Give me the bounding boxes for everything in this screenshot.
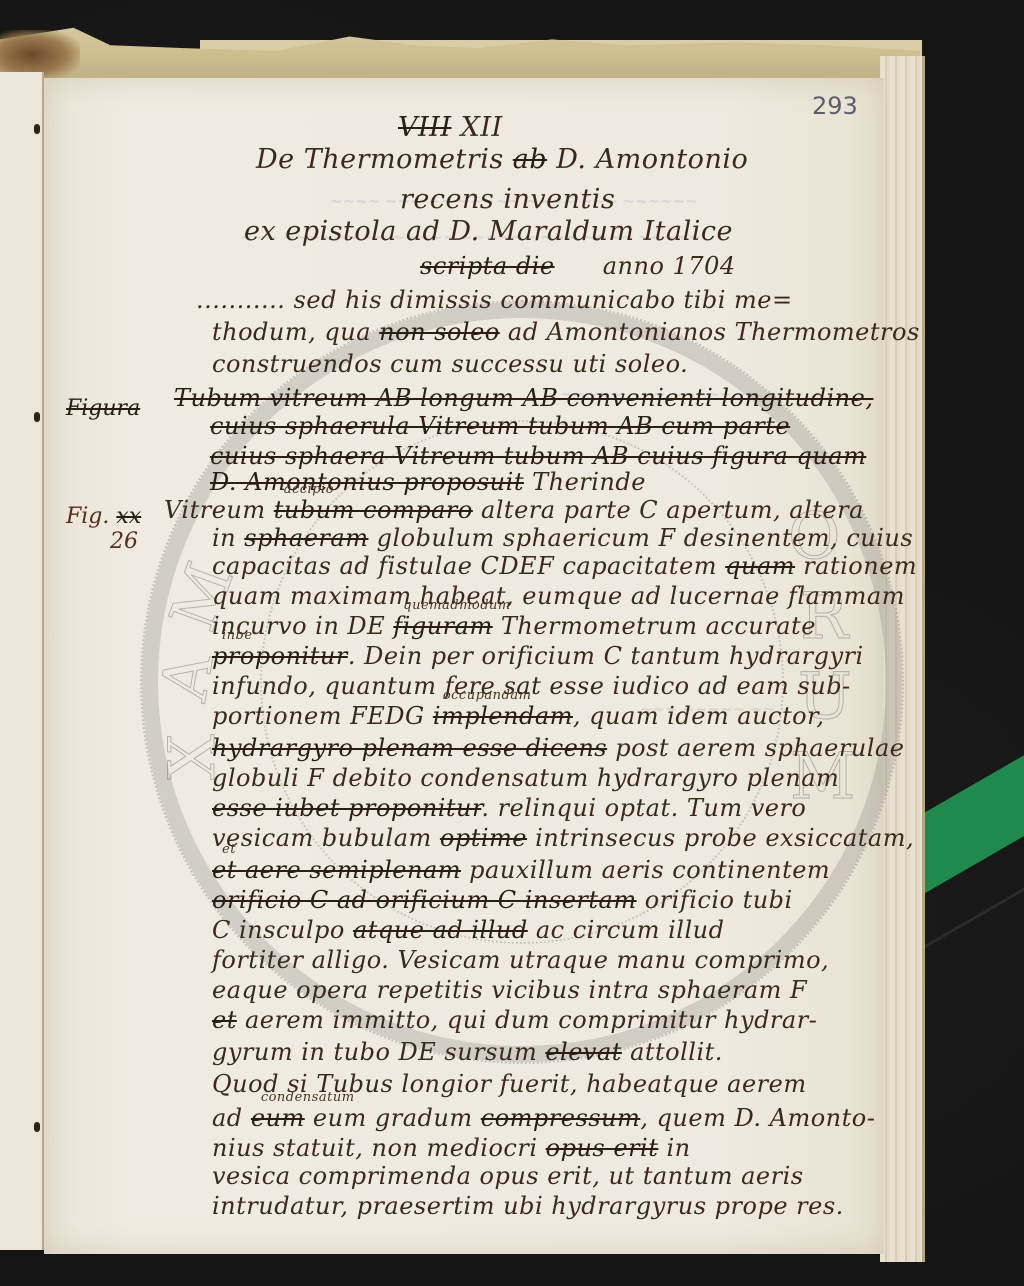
struck-text: proponitur xyxy=(212,642,348,670)
margin-note-figura: Figura xyxy=(66,396,140,421)
struck-segment: sphaeram xyxy=(244,524,368,552)
manuscript-line: portionem FEDG implendamoccupandam, quam… xyxy=(212,702,825,730)
struck-text: atque ad illud xyxy=(353,916,528,944)
line-text: , quam idem auctor, xyxy=(573,702,825,730)
heading-text: D. Amontonio xyxy=(547,144,748,175)
heading-date-struck: scripta die xyxy=(420,252,555,280)
folio-number: 293 xyxy=(812,92,858,120)
line-text: , quem D. Amonto- xyxy=(640,1104,875,1132)
struck-text: D. Amontonius proposuit xyxy=(210,468,524,496)
struck-segment: implendamoccupandam xyxy=(433,702,573,730)
line-text: orificio tubi xyxy=(637,886,793,914)
struck-segment: esse iubet proponitur xyxy=(212,794,481,822)
manuscript-line: thodum, qua non soleo ad Amontonianos Th… xyxy=(212,318,920,346)
manuscript-line: hydrargyro plenam esse dicens post aerem… xyxy=(212,734,905,762)
struck-text: Tubum vitreum AB longum AB convenienti l… xyxy=(174,384,873,412)
struck-segment: orificio C ad orificium C insertam xyxy=(212,886,637,914)
struck-segment: Tubum vitreum AB longum AB convenienti l… xyxy=(174,384,873,412)
line-text: fortiter alligo. Vesicam utraque manu co… xyxy=(212,946,829,974)
manuscript-line: fortiter alligo. Vesicam utraque manu co… xyxy=(212,946,829,974)
struck-segment: atque ad illud xyxy=(353,916,528,944)
manuscript-line: quam maximam habeat, eumque ad lucernae … xyxy=(212,582,905,610)
struck-segment: proponiturinbe xyxy=(212,642,348,670)
heading-line-1: De Thermometris ab D. Amontonio xyxy=(256,144,748,175)
manuscript-line: D. Amontonius proposuit Therinde xyxy=(210,468,646,496)
struck-text: optime xyxy=(440,824,527,852)
manuscript-line: eaque opera repetitis vicibus intra spha… xyxy=(212,976,807,1004)
struck-segment: elevat xyxy=(545,1038,622,1066)
manuscript-line: esse iubet proponitur. relinqui optat. T… xyxy=(212,794,806,822)
manuscript-line: proponiturinbe. Dein per orificium C tan… xyxy=(212,642,864,670)
manuscript-line: globuli F debito condensatum hydrargyro … xyxy=(212,764,839,792)
binding-hole xyxy=(34,124,40,134)
struck-segment: eumcondensatum xyxy=(251,1104,305,1132)
struck-segment: optime xyxy=(440,824,527,852)
manuscript-line: nius statuit, non mediocri opus erit in xyxy=(212,1134,691,1162)
line-text: Therinde xyxy=(524,468,646,496)
interlinear-insertion: condensatum xyxy=(261,1090,355,1105)
line-text: post aerem sphaerulae xyxy=(607,734,904,762)
heading-struck-word: ab xyxy=(513,144,547,175)
line-text: capacitas ad fistulae CDEF capacitatem xyxy=(212,552,725,580)
struck-text: non soleo xyxy=(379,318,500,346)
line-text: intrinsecus probe exsiccatam, xyxy=(527,824,914,852)
struck-text: tubum comparo xyxy=(274,496,473,524)
line-text: intrudatur, praesertim ubi hydrargyrus p… xyxy=(212,1192,796,1220)
struck-segment: cuius sphaera Vitreum tubum AB cuius fig… xyxy=(210,442,866,470)
line-text: globuli F debito condensatum hydrargyro … xyxy=(212,764,839,792)
line-text: thodum, qua xyxy=(212,318,379,346)
line-text: altera parte C apertum, altera xyxy=(473,496,864,524)
line-text: ad xyxy=(212,1104,251,1132)
struck-text: eum xyxy=(251,1104,305,1132)
line-text: . relinqui optat. Tum vero xyxy=(481,794,806,822)
heading-text: De Thermometris xyxy=(256,144,513,175)
manuscript-line: Tubum vitreum AB longum AB convenienti l… xyxy=(174,384,873,412)
manuscript-line: et aere semiplenamet pauxillum aeris con… xyxy=(212,856,830,884)
struck-text: et aere semiplenam xyxy=(212,856,461,884)
struck-text: implendam xyxy=(433,702,573,730)
heading-date: anno 1704 xyxy=(603,252,736,280)
line-text: globulum sphaericum F desinentem, cuius xyxy=(368,524,913,552)
manuscript-line: orificio C ad orificium C insertam orifi… xyxy=(212,886,793,914)
struck-text: quam xyxy=(725,552,795,580)
line-text: . Dein per orificium C tantum hydrargyri xyxy=(348,642,864,670)
struck-text: sphaeram xyxy=(244,524,368,552)
line-text: C insculpo xyxy=(212,916,353,944)
line-text: eum gradum xyxy=(305,1104,481,1132)
line-text: quam maximam habeat, eumque ad lucernae … xyxy=(212,582,905,610)
line-text: res. xyxy=(796,1192,844,1220)
struck-text: hydrargyro plenam esse dicens xyxy=(212,734,607,762)
manuscript-line: cuius sphaerula Vitreum tubum AB cum par… xyxy=(210,412,790,440)
heading-line-2: recens inventis xyxy=(400,184,615,215)
line-text: in xyxy=(658,1134,690,1162)
margin-note-figure-number: 26 xyxy=(110,529,141,554)
struck-segment: D. Amontonius proposuit xyxy=(210,468,524,496)
heading-line-4: scripta die anno 1704 xyxy=(420,252,736,280)
interlinear-insertion: inbe xyxy=(222,628,253,643)
line-text: attollit. xyxy=(622,1038,723,1066)
manuscript-line: vesicam bubulam optime intrinsecus probe… xyxy=(212,824,914,852)
manuscript-line: intrudatur, praesertim ubi hydrargyrus p… xyxy=(212,1192,844,1220)
section-number: VIII XII xyxy=(398,112,503,143)
line-text: pauxillum aeris continentem xyxy=(461,856,830,884)
struck-text: opus erit xyxy=(546,1134,659,1162)
section-number-struck: VIII xyxy=(398,112,452,143)
line-text: portionem FEDG xyxy=(212,702,433,730)
manuscript-line: cuius sphaera Vitreum tubum AB cuius fig… xyxy=(210,442,866,470)
line-text: vesicam bubulam xyxy=(212,824,440,852)
manuscript-line: construendos cum successu uti soleo. xyxy=(212,350,688,378)
line-text: rationem xyxy=(795,552,917,580)
manuscript-line: Vitreum tubum comparoaccipio altera part… xyxy=(164,496,864,524)
heading-line-3: ex epistola ad D. Maraldum Italice xyxy=(244,216,733,247)
manuscript-line: ........... sed his dimissis communicabo… xyxy=(196,286,793,314)
line-text: Thermometrum accurate xyxy=(493,612,816,640)
manuscript-line: gyrum in tubo DE sursum elevat attollit. xyxy=(212,1038,723,1066)
binding-hole xyxy=(34,412,40,422)
manuscript-line: capacitas ad fistulae CDEF capacitatem q… xyxy=(212,552,917,580)
line-text: aerem immitto, qui dum comprimitur hydra… xyxy=(237,1006,817,1034)
margin-note-text: Figura xyxy=(66,396,140,421)
struck-segment: et xyxy=(212,1006,237,1034)
manuscript-line: vesica comprimenda opus erit, ut tantum … xyxy=(212,1162,804,1190)
struck-text: figuram xyxy=(393,612,492,640)
struck-segment: cuius sphaerula Vitreum tubum AB cum par… xyxy=(210,412,790,440)
margin-note-struck: xx xyxy=(116,504,141,529)
line-text: construendos cum successu uti soleo. xyxy=(212,350,688,378)
interlinear-insertion: accipio xyxy=(284,482,334,497)
line-text: ad Amontonianos Thermometros xyxy=(500,318,920,346)
facing-page-edge xyxy=(0,72,44,1250)
struck-text: cuius sphaera Vitreum tubum AB cuius fig… xyxy=(210,442,866,470)
margin-note-fig-26: Fig. xx 26 xyxy=(66,504,141,554)
interlinear-insertion: quemadmodum xyxy=(403,598,510,613)
manuscript-line: et aerem immitto, qui dum comprimitur hy… xyxy=(212,1006,817,1034)
manuscript-line: C insculpo atque ad illud ac circum illu… xyxy=(212,916,724,944)
line-text: ........... sed his dimissis communicabo… xyxy=(196,286,793,314)
binding-hole xyxy=(34,1122,40,1132)
struck-segment: quam xyxy=(725,552,795,580)
struck-segment: opus erit xyxy=(546,1134,659,1162)
manuscript-line: in sphaeram globulum sphaericum F desine… xyxy=(212,524,913,552)
struck-text: orificio C ad orificium C insertam xyxy=(212,886,637,914)
struck-text: cuius sphaerula Vitreum tubum AB cum par… xyxy=(210,412,790,440)
struck-segment: non soleo xyxy=(379,318,500,346)
margin-note-text: Fig. xyxy=(66,504,116,529)
interlinear-insertion: et xyxy=(222,842,236,857)
line-text: nius statuit, non mediocri xyxy=(212,1134,546,1162)
struck-segment: figuramquemadmodum xyxy=(393,612,492,640)
line-text: gyrum in tubo DE sursum xyxy=(212,1038,545,1066)
struck-text: esse iubet proponitur xyxy=(212,794,481,822)
line-text: Vitreum xyxy=(164,496,274,524)
struck-text: compressum xyxy=(481,1104,641,1132)
line-text: eaque opera repetitis vicibus intra spha… xyxy=(212,976,807,1004)
struck-segment: et aere semiplenamet xyxy=(212,856,461,884)
line-text: vesica comprimenda opus erit, ut tantum … xyxy=(212,1162,804,1190)
line-text: in xyxy=(212,524,244,552)
struck-segment: hydrargyro plenam esse dicens xyxy=(212,734,607,762)
struck-text: elevat xyxy=(545,1038,622,1066)
struck-segment: tubum comparoaccipio xyxy=(274,496,473,524)
section-number-current: XII xyxy=(461,112,503,143)
manuscript-line: ad eumcondensatum eum gradum compressum,… xyxy=(212,1104,875,1132)
interlinear-insertion: occupandam xyxy=(443,688,532,703)
struck-text: et xyxy=(212,1006,237,1034)
manuscript-line: incurvo in DE figuramquemadmodum Thermom… xyxy=(212,612,816,640)
line-text: ac circum illud xyxy=(528,916,725,944)
